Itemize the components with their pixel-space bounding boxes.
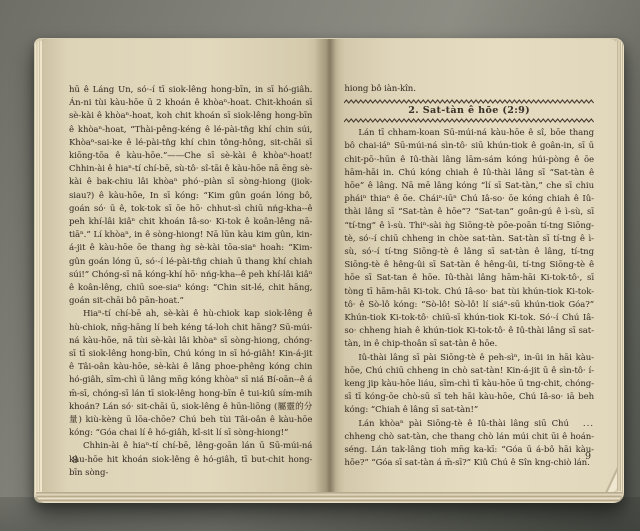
page-curl [591,458,617,492]
continuation-line: hiong bô iàn-kîn. [344,83,594,96]
page-stack-edge-bottom [36,491,622,503]
section-heading: 2. Sat-tàn ê hōe (2:9) [344,99,594,123]
open-book: hū ê Láng Un, só·-í tī siok-lêng hong-bī… [34,38,624,503]
body-paragraph: Hiaⁿ-tí chí-bē ah, sè-kài ê hù-chiok kap… [69,308,312,440]
page-number-left: 8 [72,455,78,466]
section-title: 2. Sat-tàn ê hōe (2:9) [344,104,594,118]
right-page-text: hiong bô iàn-kîn. 2. Sat-tàn ê hōe (2:9)… [344,83,594,470]
zigzag-rule [344,118,594,123]
body-paragraph: ...Lán khòaⁿ pài Siōng-tè ê Iû-thài lâng… [344,418,594,471]
photo-background: hū ê Láng Un, só·-í tī siok-lêng hong-bī… [0,0,640,531]
body-paragraph: Lán tī chham-koan Sū-múi-ná kàu-hōe ê sî… [344,127,594,351]
paragraph-text: Lán khòaⁿ pài Siōng-tè ê Iû-thài lâng si… [344,419,594,469]
left-page-text: hū ê Láng Un, só·-í tī siok-lêng hong-bī… [69,84,312,480]
body-paragraph: Chhin-ài ê hiaⁿ-tí chí-bē, lêng-goān lán… [69,440,312,480]
right-page: hiong bô iàn-kîn. 2. Sat-tàn ê hōe (2:9)… [328,39,617,492]
body-paragraph: Iû-thài lâng sī pài Siōng-tè ê peh-sìⁿ, … [344,352,594,418]
page-stack-edge-right [616,40,624,497]
page-number-right: 9 [585,451,591,462]
page-spread: hū ê Láng Un, só·-í tī siok-lêng hong-bī… [42,39,617,492]
ellipsis-mark: ... [569,418,594,431]
body-paragraph: hū ê Láng Un, só·-í tī siok-lêng hong-bī… [69,84,312,308]
left-page: hū ê Láng Un, só·-í tī siok-lêng hong-bī… [42,39,328,492]
